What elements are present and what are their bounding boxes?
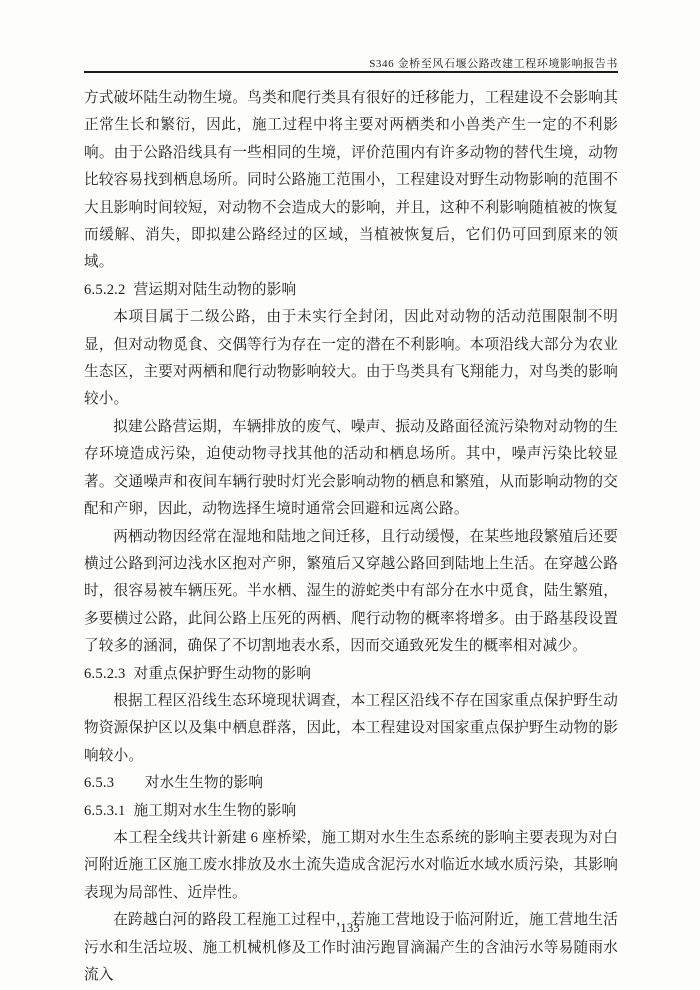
paragraph: 本项目属于二级公路，由于未实行全封闭，因此对动物的活动范围限制不明显，但对动物觅… — [84, 304, 618, 414]
paragraph: 根据工程区沿线生态环境现状调查，本工程区沿线不存在国家重点保护野生动物资源保护区… — [84, 688, 618, 770]
section-number: 6.5.2.2 — [84, 282, 126, 298]
section-number: 6.5.3.1 — [84, 803, 126, 819]
section-title: 营运期对陆生动物的影响 — [134, 282, 297, 298]
paragraph: 两栖动物因经常在湿地和陆地之间迁移，且行动缓慢，在某些地段繁殖后还要横过公路到河… — [84, 524, 618, 661]
section-heading: 6.5.2.3对重点保护野生动物的影响 — [84, 661, 618, 688]
section-heading: 6.5.2.2营运期对陆生动物的影响 — [84, 277, 618, 304]
section-title: 对水生生物的影响 — [145, 775, 263, 791]
content: 方式破坏陆生动物生境。鸟类和爬行类具有很好的迁移能力，工程建设不会影响其正常生长… — [84, 85, 618, 989]
paragraph: 拟建公路营运期，车辆排放的废气、噪声、振动及路面径流污染物对动物的生存环境造成污… — [84, 414, 618, 524]
section-title: 施工期对水生生物的影响 — [134, 803, 297, 819]
paragraph: 方式破坏陆生动物生境。鸟类和爬行类具有很好的迁移能力，工程建设不会影响其正常生长… — [84, 85, 618, 277]
section-heading: 6.5.3对水生生物的影响 — [84, 770, 618, 797]
section-heading: 6.5.3.1施工期对水生生物的影响 — [84, 798, 618, 825]
header-rule — [84, 71, 618, 73]
section-number: 6.5.3 — [84, 775, 114, 791]
running-header: S346 金桥至风石堰公路改建工程环境影响报告书 — [369, 55, 618, 71]
section-number: 6.5.2.3 — [84, 666, 126, 682]
section-title: 对重点保护野生动物的影响 — [134, 666, 312, 682]
page-number: 133 — [0, 920, 700, 936]
document-page: S346 金桥至风石堰公路改建工程环境影响报告书 方式破坏陆生动物生境。鸟类和爬… — [0, 0, 700, 990]
paragraph: 本工程全线共计新建 6 座桥梁，施工期对水生生态系统的影响主要表现为对白河附近施… — [84, 825, 618, 907]
